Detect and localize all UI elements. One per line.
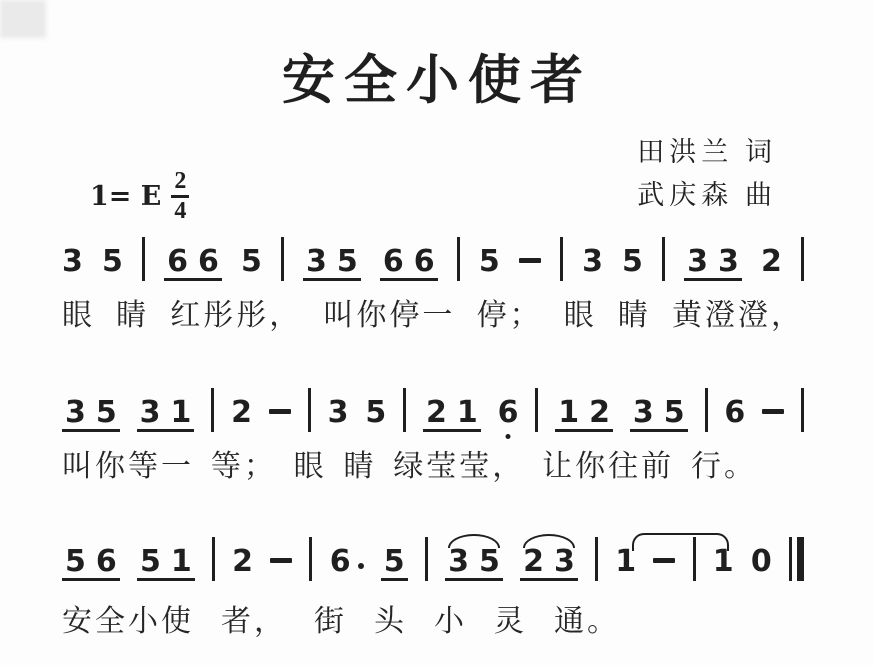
barline bbox=[662, 237, 665, 281]
note: 3 bbox=[62, 247, 83, 281]
lyric-group: 者， bbox=[221, 596, 287, 640]
barline bbox=[801, 388, 804, 432]
lyric-group: 叫你停一 bbox=[323, 290, 455, 334]
note-digit: 2 bbox=[232, 547, 253, 577]
note-digit: 3 bbox=[582, 247, 603, 277]
duration-dash bbox=[653, 558, 675, 563]
note: 5 bbox=[241, 247, 262, 281]
note: 2 bbox=[589, 398, 610, 428]
final-barline-thin bbox=[789, 537, 792, 581]
time-signature: 2 4 bbox=[171, 170, 189, 223]
lyric-group: 灵 bbox=[494, 596, 527, 640]
lyric-group: 行。 bbox=[691, 441, 757, 485]
beamed-notes: 66 bbox=[164, 247, 222, 281]
note-digit: 5 bbox=[241, 247, 262, 277]
note: 5 bbox=[622, 247, 643, 281]
note: 1 bbox=[615, 547, 636, 581]
note: 1 bbox=[171, 398, 192, 428]
lyric-group: 眼 bbox=[294, 441, 327, 485]
barline bbox=[403, 388, 406, 432]
note: 5 bbox=[140, 547, 161, 577]
lyric-group: 眼 bbox=[564, 290, 597, 334]
note-digit: 3 bbox=[328, 398, 349, 428]
barline bbox=[801, 237, 804, 281]
lyric-group: 眼 bbox=[62, 290, 95, 334]
lyric-group: 街 bbox=[314, 596, 347, 640]
note-digit: 0 bbox=[751, 547, 772, 577]
beamed-notes: 33 bbox=[684, 247, 742, 281]
note-digit: 3 bbox=[62, 247, 83, 277]
song-title: 安全小使者 bbox=[0, 38, 874, 114]
note: 1 bbox=[713, 547, 734, 581]
barline bbox=[560, 237, 563, 281]
note: 2 bbox=[523, 547, 544, 577]
note-digit: 5 bbox=[365, 398, 386, 428]
duration-dash bbox=[270, 558, 292, 563]
note: 5 bbox=[337, 247, 358, 277]
note: 5 bbox=[65, 547, 86, 577]
note: 3 bbox=[687, 247, 708, 277]
lyricist-credit: 田洪兰 词 bbox=[637, 131, 777, 174]
note: 1 bbox=[558, 398, 579, 428]
lyrics-line: 眼睛红彤彤，叫你停一停；眼睛黄澄澄， bbox=[62, 290, 804, 334]
beamed-notes: 35 bbox=[303, 247, 361, 281]
note: 5 bbox=[96, 398, 117, 428]
beamed-notes: 31 bbox=[137, 398, 195, 432]
note: 6 bbox=[414, 247, 435, 277]
note: 5 bbox=[384, 547, 405, 577]
note-digit: 5 bbox=[622, 247, 643, 277]
note: 6 bbox=[167, 247, 188, 277]
lyrics-line: 安全小使者，街头小灵通。 bbox=[62, 596, 620, 640]
note: 6 bbox=[724, 398, 745, 432]
barline bbox=[595, 537, 598, 581]
notation-line: 356653566535332 bbox=[62, 233, 804, 281]
lyrics-line: 叫你等一等；眼睛绿莹莹，让你往前行。 bbox=[62, 441, 757, 485]
note: 5 bbox=[479, 547, 500, 577]
lyric-group: 睛 bbox=[116, 290, 149, 334]
duration-dash bbox=[762, 409, 784, 414]
lyric-group: 停； bbox=[477, 290, 543, 334]
note-digit: 2 bbox=[761, 247, 782, 277]
beamed-notes: 21 bbox=[423, 398, 481, 432]
lyric-group: 红彤彤， bbox=[170, 290, 302, 334]
note-digit: 5 bbox=[479, 247, 500, 277]
duration-dash bbox=[269, 409, 291, 414]
barline bbox=[705, 388, 708, 432]
barline bbox=[425, 537, 428, 581]
composer-credit: 武庆森 曲 bbox=[637, 174, 777, 217]
beamed-notes: 56 bbox=[62, 547, 120, 581]
note: 3 bbox=[633, 398, 654, 428]
lyric-group: 叫你等一 bbox=[62, 441, 194, 485]
note: 5 bbox=[479, 247, 500, 281]
note: 6 bbox=[383, 247, 404, 277]
beamed-notes: 51 bbox=[137, 547, 195, 581]
barline bbox=[281, 237, 284, 281]
barline bbox=[142, 237, 145, 281]
note: 6 bbox=[96, 547, 117, 577]
lyric-group: 头 bbox=[374, 596, 407, 640]
credits: 田洪兰 词 武庆森 曲 bbox=[637, 131, 777, 217]
beamed-notes: 66 bbox=[380, 247, 438, 281]
beamed-notes-slur: 35 bbox=[445, 547, 503, 581]
lyric-group: 通。 bbox=[554, 596, 620, 640]
note: 5 bbox=[664, 398, 685, 428]
note: 2 bbox=[231, 398, 252, 432]
final-barline bbox=[789, 537, 804, 581]
time-signature-numerator: 2 bbox=[174, 170, 186, 193]
note: 2 bbox=[761, 247, 782, 281]
lyric-group: 小 bbox=[434, 596, 467, 640]
tie-arc bbox=[632, 533, 729, 551]
note: 2 bbox=[426, 398, 447, 428]
note: 2 bbox=[232, 547, 253, 581]
barline bbox=[308, 388, 311, 432]
scan-artifact bbox=[0, 0, 46, 38]
note: 3 bbox=[328, 398, 349, 432]
note: 3 bbox=[140, 398, 161, 428]
note-digit: 6 bbox=[330, 547, 351, 577]
time-signature-denominator: 4 bbox=[174, 200, 186, 223]
note: 3 bbox=[582, 247, 603, 281]
note-digit: 1 bbox=[615, 547, 636, 577]
lyric-group: 睛 bbox=[343, 441, 376, 485]
low-octave-dot bbox=[506, 434, 511, 439]
barline bbox=[212, 537, 215, 581]
note: 3 bbox=[448, 547, 469, 577]
beamed-notes-slur: 23 bbox=[520, 547, 578, 581]
note: 3 bbox=[65, 398, 86, 428]
lyric-group: 黄澄澄， bbox=[672, 290, 804, 334]
note: 1 bbox=[457, 398, 478, 428]
lyric-group: 安全小使 bbox=[62, 596, 194, 640]
note: 3 bbox=[554, 547, 575, 577]
note-digit: 5 bbox=[102, 247, 123, 277]
duration-dash bbox=[519, 258, 541, 263]
note-digit: 6 bbox=[498, 398, 519, 428]
note: 1 bbox=[171, 547, 192, 577]
note: 5 bbox=[365, 398, 386, 432]
beamed-notes: 5 bbox=[381, 547, 408, 581]
notation-line: 56512653523110 bbox=[62, 533, 804, 581]
lyric-group: 让你往前 bbox=[542, 441, 674, 485]
final-barline-thick bbox=[797, 537, 804, 581]
note: 3 bbox=[718, 247, 739, 277]
rest: 0 bbox=[751, 547, 772, 581]
note: 3 bbox=[306, 247, 327, 277]
sheet-music-page: 安全小使者 田洪兰 词 武庆森 曲 1= E 2 4 3566535665353… bbox=[0, 0, 874, 665]
note: 6 bbox=[330, 547, 364, 581]
lyric-group: 等； bbox=[211, 441, 277, 485]
note: 6 bbox=[198, 247, 219, 277]
note: 5 bbox=[102, 247, 123, 281]
barline bbox=[211, 388, 214, 432]
notation-line: 353123521612356 bbox=[62, 384, 804, 432]
key-time-signature: 1= E 2 4 bbox=[90, 168, 189, 224]
beamed-notes: 35 bbox=[62, 398, 120, 432]
note: 6 bbox=[498, 398, 519, 432]
augmentation-dot bbox=[358, 563, 364, 569]
barline bbox=[309, 537, 312, 581]
key-label: 1= E bbox=[90, 181, 161, 212]
barline bbox=[535, 388, 538, 432]
note-digit: 6 bbox=[724, 398, 745, 428]
lyric-group: 睛 bbox=[618, 290, 651, 334]
lyric-group: 绿莹莹， bbox=[393, 441, 525, 485]
barline bbox=[457, 237, 460, 281]
note-digit: 2 bbox=[231, 398, 252, 428]
beamed-notes: 12 bbox=[555, 398, 613, 432]
beamed-notes: 35 bbox=[630, 398, 688, 432]
note-digit: 1 bbox=[713, 547, 734, 577]
